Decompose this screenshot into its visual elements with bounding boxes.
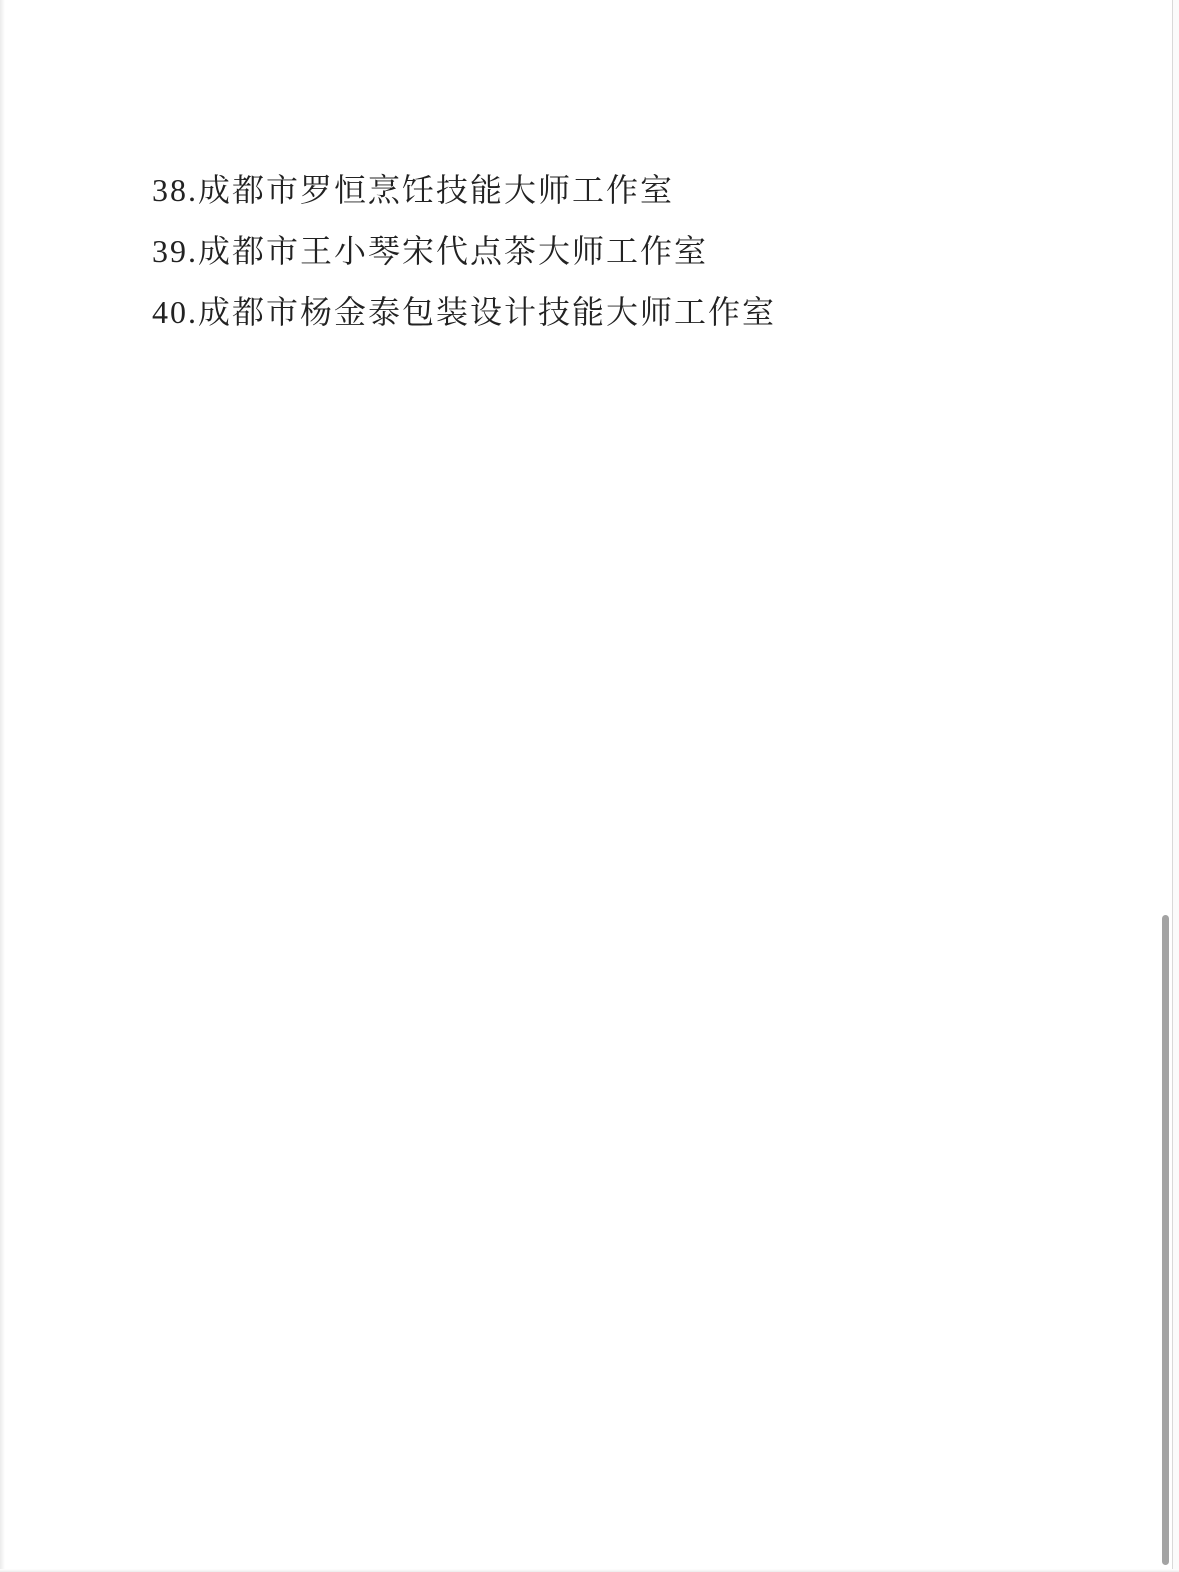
scrollbar-thumb[interactable] [1162, 915, 1169, 1565]
scrollbar-track[interactable] [1160, 0, 1170, 1572]
list-item: 39.成都市王小琴宋代点茶大师工作室 [152, 221, 1052, 282]
page-right-edge [1172, 0, 1179, 1572]
list-item: 38.成都市罗恒烹饪技能大师工作室 [152, 160, 1052, 221]
list-item: 40.成都市杨金泰包装设计技能大师工作室 [152, 282, 1052, 343]
document-page: 38.成都市罗恒烹饪技能大师工作室 39.成都市王小琴宋代点茶大师工作室 40.… [152, 160, 1052, 343]
page-left-edge [0, 0, 5, 1572]
